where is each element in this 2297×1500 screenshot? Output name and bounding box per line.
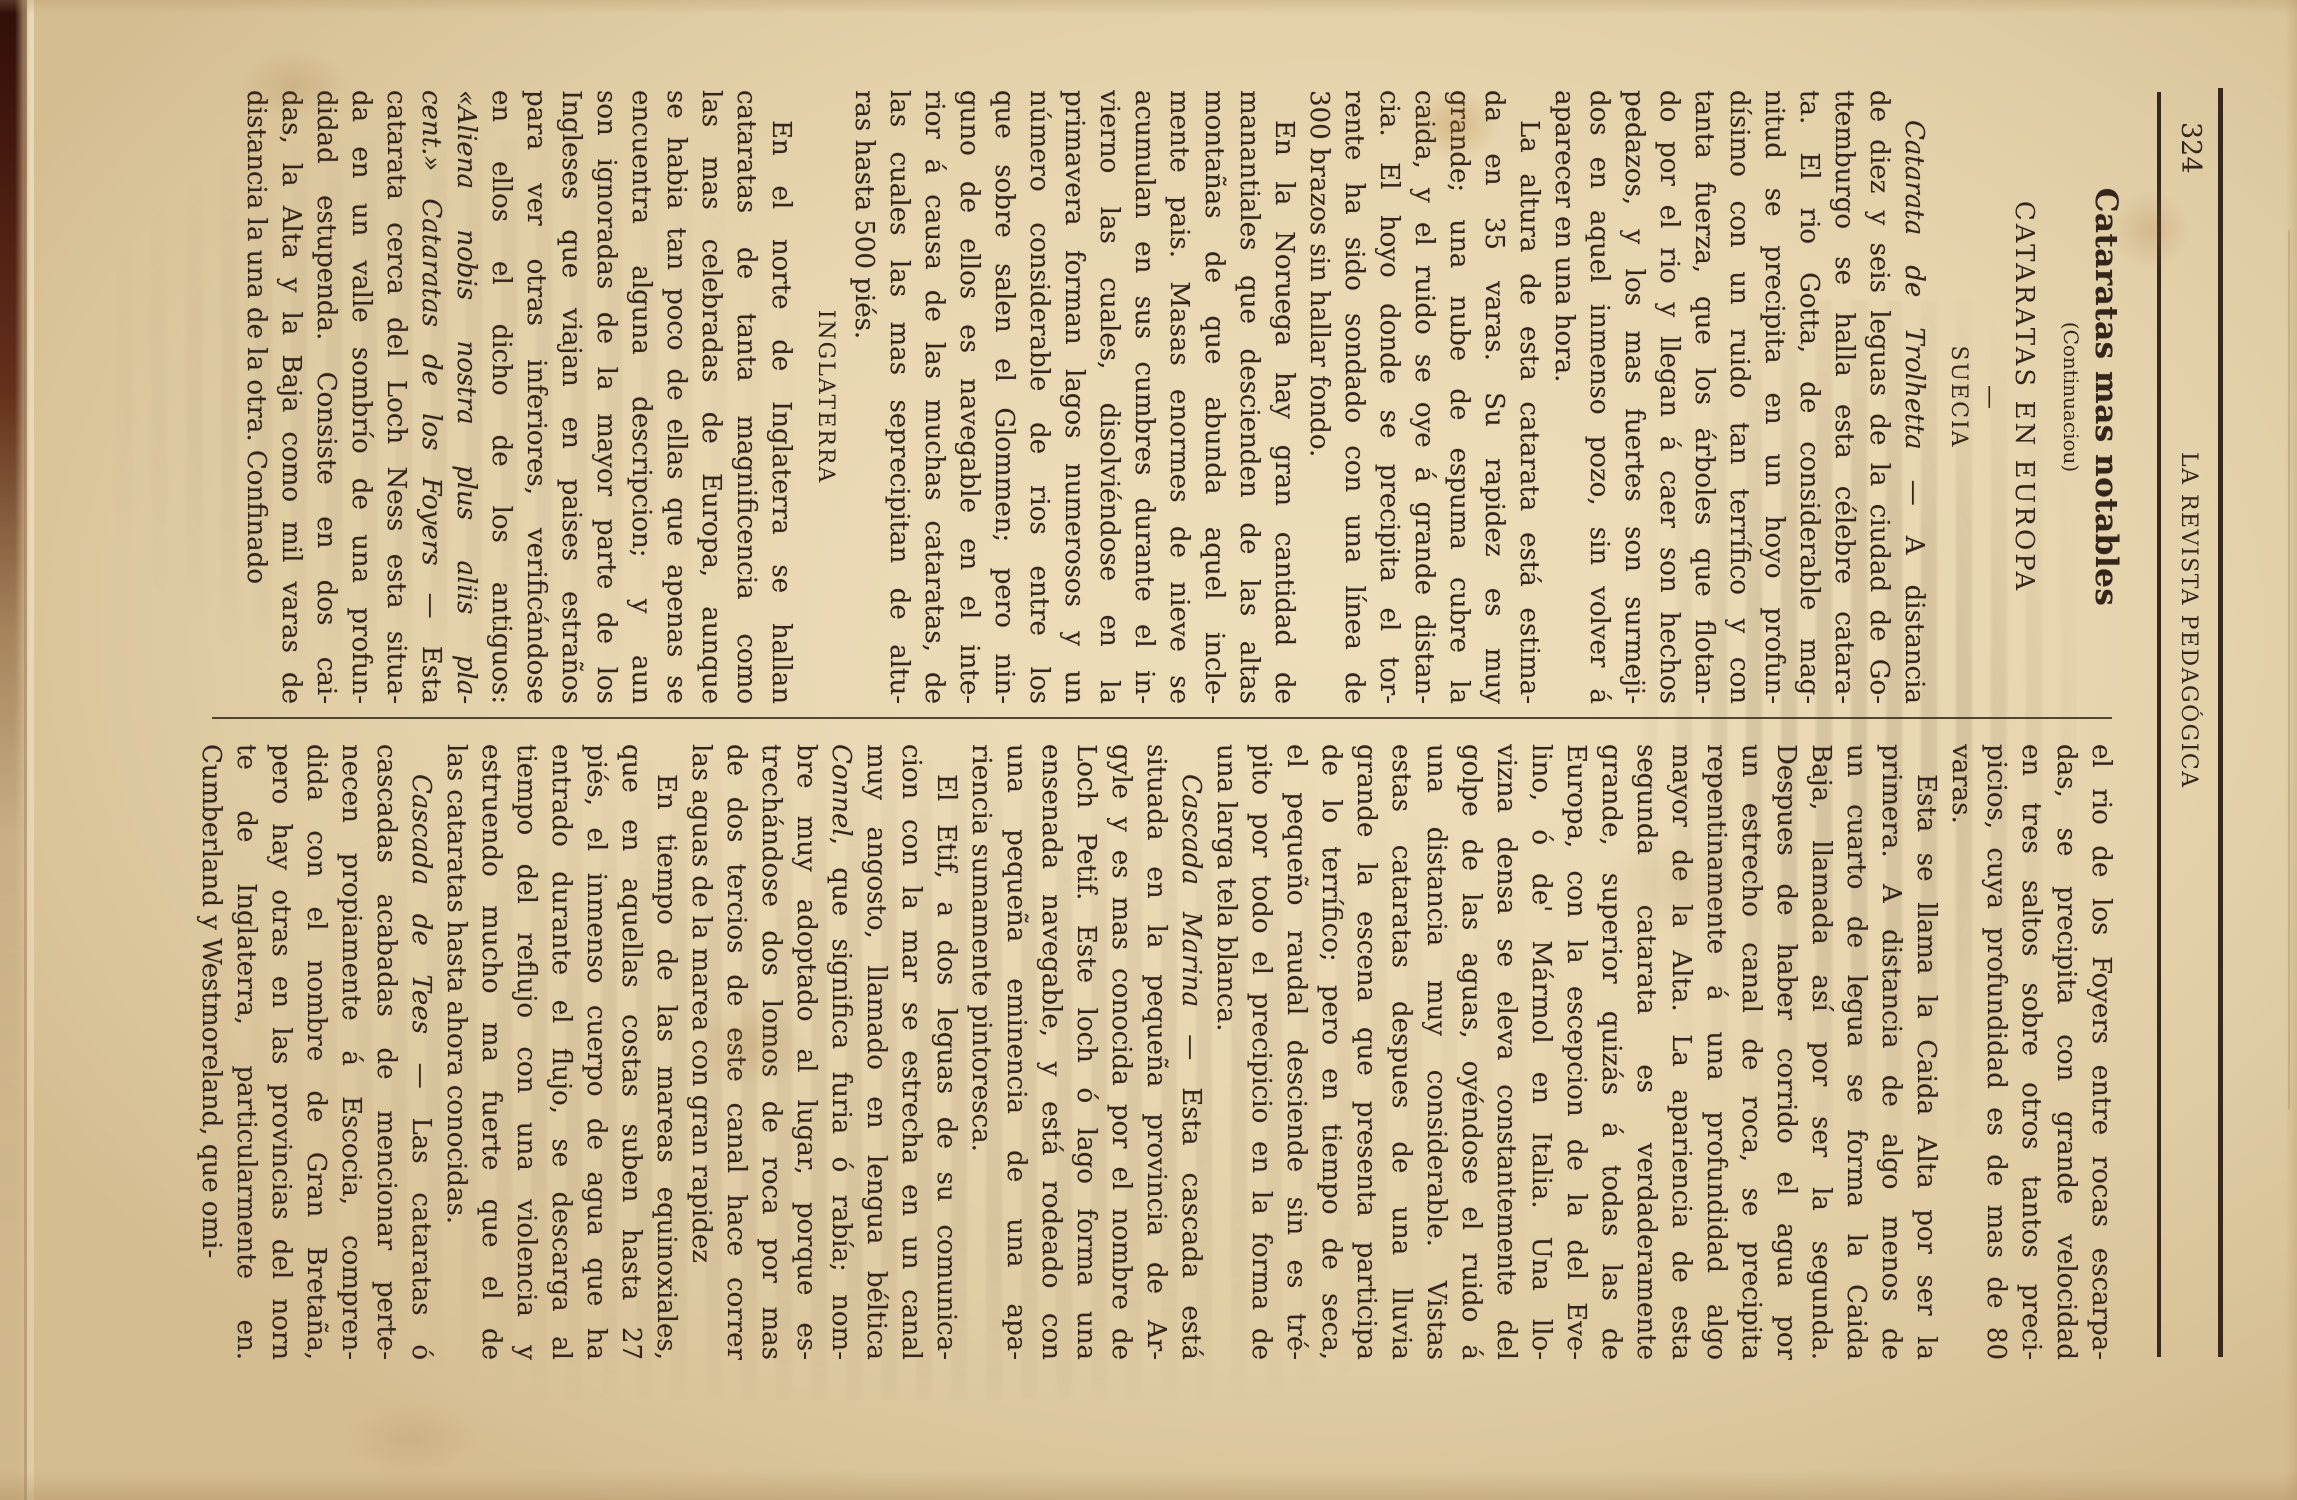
header-rule-top	[2218, 88, 2223, 1357]
text-line: un estrecho canal de roca, se precipita	[1733, 744, 1768, 1360]
text-line: primavera forman lagos numerosos y un	[1056, 90, 1091, 704]
text-line: riencia sumamente pintoresca.	[963, 744, 998, 1360]
text-line: un cuarto de legua se forma la Caida	[1838, 744, 1873, 1360]
text-segment: , que significa furia ó rabía; nom-	[826, 837, 856, 1360]
country-heading: SUECIA	[1943, 90, 1973, 704]
text-segment: — Esta	[416, 566, 446, 704]
paragraph: En la Noruega hay gran cantidad demanant…	[846, 90, 1301, 704]
column-divider-rule	[212, 717, 2112, 719]
text-segment: — Las cataratas ó	[406, 1034, 436, 1360]
text-line: grande la escena que presenta participa	[1348, 744, 1383, 1360]
text-line: «Aliena nobis nostra plus aliis pla-	[448, 90, 483, 704]
text-line: Catarata de Trolhetta — A distancia	[1896, 90, 1931, 704]
text-line: muy angosto, llamado en lengua béltica	[858, 744, 893, 1360]
text-line: distancia la una de la otra. Confinado	[238, 90, 273, 704]
text-line: da en un valle sombrío de una profun-	[343, 90, 378, 704]
text-line: dida con el nombre de Gran Bretaña,	[298, 744, 333, 1360]
text-line: dísimo con un ruido tan terrífico y con	[1721, 90, 1756, 704]
text-line: aparecer en una hora.	[1546, 90, 1581, 704]
text-line: tanta fuerza, que los árboles que flotan…	[1686, 90, 1721, 704]
paragraph: La altura de esta catarata está estima-d…	[1301, 90, 1546, 704]
text-line: Baja, llamada así por ser la segunda.	[1803, 744, 1838, 1360]
paragraph: el rio de los Foyers entre rocas escarpa…	[1943, 744, 2118, 1360]
text-line: grande, superior quizás á todas las de	[1593, 744, 1628, 1360]
text-line: trechándose dos lomos de roca por mas	[753, 744, 788, 1360]
italic-text: Catarata de Trolhetta	[1899, 120, 1929, 450]
text-line: las mas celebradas de Europa, aunque	[693, 90, 728, 704]
column-1: Cataratas mas notables(Continuaciou)CATA…	[238, 90, 2125, 704]
text-segment: — A distancia	[1899, 450, 1929, 704]
text-line: Cascada de Tees — Las cataratas ó	[403, 744, 438, 1360]
text-line: da en 35 varas. Su rapidez es muy	[1476, 90, 1511, 704]
text-line: cent.» Cataratas de los Foyers — Esta	[413, 90, 448, 704]
text-line: caida, y el ruido se oye á grande distan…	[1406, 90, 1441, 704]
text-line: En la Noruega hay gran cantidad de	[1266, 90, 1301, 704]
journal-title: LA REVISTA PEDAGÓGICA	[2175, 452, 2201, 789]
text-line: lino, ó de' Mármol en Italia. Una llo-	[1523, 744, 1558, 1360]
italic-text: «Aliena nobis nostra plus aliis pla-	[451, 90, 481, 704]
text-line: encuentra alguna descripcion; y aun	[623, 90, 658, 704]
text-line: de diez y seis leguas de la ciudad de Go…	[1861, 90, 1896, 704]
text-line: das, la Alta y la Baja como mil varas de	[273, 90, 308, 704]
text-line: en tres saltos sobre otros tantos preci-	[2013, 744, 2048, 1360]
italic-text: Cascada Marina	[1176, 774, 1206, 1007]
text-line: primera. A distancia de algo menos de	[1873, 744, 1908, 1360]
text-line: entrado durante el flujo, se descarga al	[543, 744, 578, 1360]
text-line: pero hay otras en las provincias del nor…	[263, 744, 298, 1360]
text-line: Cumberland y Westmoreland, que omi-	[193, 744, 228, 1360]
text-line: Europa, con la escepcion de la del Eve-	[1558, 744, 1593, 1360]
text-line: ta. El rio Gotta, de considerable mag-	[1791, 90, 1826, 704]
text-line: que en aquellas costas suben hasta 27	[613, 744, 648, 1360]
text-line: Cascada Marina — Esta cascada está	[1173, 744, 1208, 1360]
header-rule-bottom	[2157, 92, 2161, 1357]
text-line: mente pais. Masas enormes de nieve se	[1161, 90, 1196, 704]
text-line: gyle y es mas conocida por el nombre de	[1103, 744, 1138, 1360]
text-line: Connel, que significa furia ó rabía; nom…	[823, 744, 858, 1360]
text-line: segunda catarata es verdaderamente	[1628, 744, 1663, 1360]
text-line: cascadas acabadas de mencionar perte-	[368, 744, 403, 1360]
text-line: En tiempo de las mareas equinoxiales,	[648, 744, 683, 1360]
text-line: do por el rio y llegan á caer son hechos	[1651, 90, 1686, 704]
text-line: bre muy adoptado al lugar, porque es-	[788, 744, 823, 1360]
text-line: Despues de haber corrido el agua por	[1768, 744, 1803, 1360]
paragraph: Cascada Marina — Esta cascada estásituad…	[963, 744, 1208, 1360]
text-line: picios, cuya profundidad es de mas de 80	[1978, 744, 2013, 1360]
text-line: de dos tercios de este canal hace correr	[718, 744, 753, 1360]
text-line: pito por todo el precipicio en la forma …	[1243, 744, 1278, 1360]
text-line: rente ha sido sondado con una línea de	[1336, 90, 1371, 704]
text-line: ras hasta 500 piés.	[846, 90, 881, 704]
paragraph: En tiempo de las mareas equinoxiales,que…	[438, 744, 683, 1360]
text-line: cia. El hoyo donde se precipita el tor-	[1371, 90, 1406, 704]
text-line: rior á causa de las muchas cataratas, de	[916, 90, 951, 704]
page-number: 324	[2175, 122, 2205, 174]
text-line: tiempo del reflujo con una violencia y	[508, 744, 543, 1360]
text-line: son ignoradas de la mayor parte de los	[588, 90, 623, 704]
text-line: cion con la mar se estrecha en un canal	[893, 744, 928, 1360]
italic-text: cent.» Cataratas de los Foyers	[416, 90, 446, 566]
text-line: cataratas de tanta magnificencia como	[728, 90, 763, 704]
text-line: manantiales que descienden de las altas	[1231, 90, 1266, 704]
text-line: piés, el inmenso cuerpo de agua que ha	[578, 744, 613, 1360]
text-line: las aguas de la marea con gran rapidez	[683, 744, 718, 1360]
text-line: una pequeña eminencia de una apa-	[998, 744, 1033, 1360]
text-line: estruendo mucho ma fuerte que el de	[473, 744, 508, 1360]
text-line: vierno las cuales, disolviéndose en la	[1091, 90, 1126, 704]
paragraph: Esta se llama la Caida Alta por ser lapr…	[1208, 744, 1943, 1360]
text-line: las cataratas hasta ahora conocidas.	[438, 744, 473, 1360]
text-line: varas.	[1943, 744, 1978, 1360]
italic-text: Connel	[826, 744, 856, 837]
text-line: repentinamente á una profundidad algo	[1698, 744, 1733, 1360]
text-line: vizna densa se eleva constantemente del	[1488, 744, 1523, 1360]
text-line: pedazos, y los mas fuertes son surmeji-	[1616, 90, 1651, 704]
paragraph: Catarata de Trolhetta — A distanciade di…	[1546, 90, 1931, 704]
text-line: guno de ellos es navegable en el inte-	[951, 90, 986, 704]
text-line: las cuales las mas seprecipitan de altu-	[881, 90, 916, 704]
text-line: situada en la pequeña provincia de Ar-	[1138, 744, 1173, 1360]
text-line: número considerable de rios entre los	[1021, 90, 1056, 704]
text-line: Loch Petif. Este loch ó lago forma una	[1068, 744, 1103, 1360]
text-line: ttemburgo se halla esta célebre catara-	[1826, 90, 1861, 704]
text-line: nitud se precipita en un hoyo profun-	[1756, 90, 1791, 704]
scanned-page: 324 LA REVISTA PEDAGÓGICA Cataratas mas …	[0, 0, 2297, 1500]
text-line: dos en aquel inmenso pozo, sin volver á	[1581, 90, 1616, 704]
paragraph: El Etif, a dos leguas de su comunica-cio…	[683, 744, 963, 1360]
text-line: en ellos el dicho de los antiguos:	[483, 90, 518, 704]
text-line: das, se precipita con grande velocidad	[2048, 744, 2083, 1360]
text-line: una larga tela blanca.	[1208, 744, 1243, 1360]
text-line: te de Inglaterra, particularmente en.	[228, 744, 263, 1360]
text-line: El Etif, a dos leguas de su comunica-	[928, 744, 963, 1360]
page-sheet: 324 LA REVISTA PEDAGÓGICA Cataratas mas …	[0, 0, 2297, 1500]
country-heading: INGLATERRA	[810, 90, 840, 704]
section-title: CATARATAS EN EUROPA	[2007, 90, 2041, 704]
column-2: el rio de los Foyers entre rocas escarpa…	[193, 744, 2118, 1360]
text-line: necen propiamente á Escocia, compren-	[333, 744, 368, 1360]
text-line: montañas de que abunda aquel incle-	[1196, 90, 1231, 704]
article-title: Cataratas mas notables	[2087, 90, 2125, 704]
text-line: que sobre salen el Glommen; pero nin-	[986, 90, 1021, 704]
text-line: se habia tan poco de ellas que apenas se	[658, 90, 693, 704]
text-line: una distancia muy considerable. Vistas	[1418, 744, 1453, 1360]
italic-text: Cascada de Tees	[406, 774, 436, 1034]
text-line: 300 brazos sin hallar fondo.	[1301, 90, 1336, 704]
text-segment: — Esta cascada está	[1176, 1007, 1206, 1360]
text-line: golpe de las aguas, oyéndose el ruido á	[1453, 744, 1488, 1360]
text-line: En el norte de Inglaterra se hallan	[763, 90, 798, 704]
text-line: el rio de los Foyers entre rocas escarpa…	[2083, 744, 2118, 1360]
text-line: grande; una nube de espuma cubre la	[1441, 90, 1476, 704]
text-line: mayor de la Alta. La apariencia de esta	[1663, 744, 1698, 1360]
text-line: ensenada navegable, y está rodeado con	[1033, 744, 1068, 1360]
text-line: estas cataratas despues de una lluvia	[1383, 744, 1418, 1360]
paragraph: Cascada de Tees — Las cataratas ócascada…	[193, 744, 438, 1360]
article-subtitle: (Continuaciou)	[2059, 90, 2083, 704]
paragraph: En el norte de Inglaterra se hallancatar…	[238, 90, 798, 704]
section-divider: —	[1979, 90, 2003, 704]
text-line: didad estupenda. Consiste en dos cai-	[308, 90, 343, 704]
text-line: para ver otras inferiores, verificándose	[518, 90, 553, 704]
text-line: Esta se llama la Caida Alta por ser la	[1908, 744, 1943, 1360]
text-line: acumulan en sus cumbres durante el in-	[1126, 90, 1161, 704]
text-line: La altura de esta catarata está estima-	[1511, 90, 1546, 704]
text-line: de lo terrífico; pero en tiempo de seca,	[1313, 744, 1348, 1360]
text-line: el pequeño raudal desciende sin es tré-	[1278, 744, 1313, 1360]
text-line: Ingleses que viajan en paises estraños	[553, 90, 588, 704]
text-line: catarata cerca del Loch Ness esta situa-	[378, 90, 413, 704]
